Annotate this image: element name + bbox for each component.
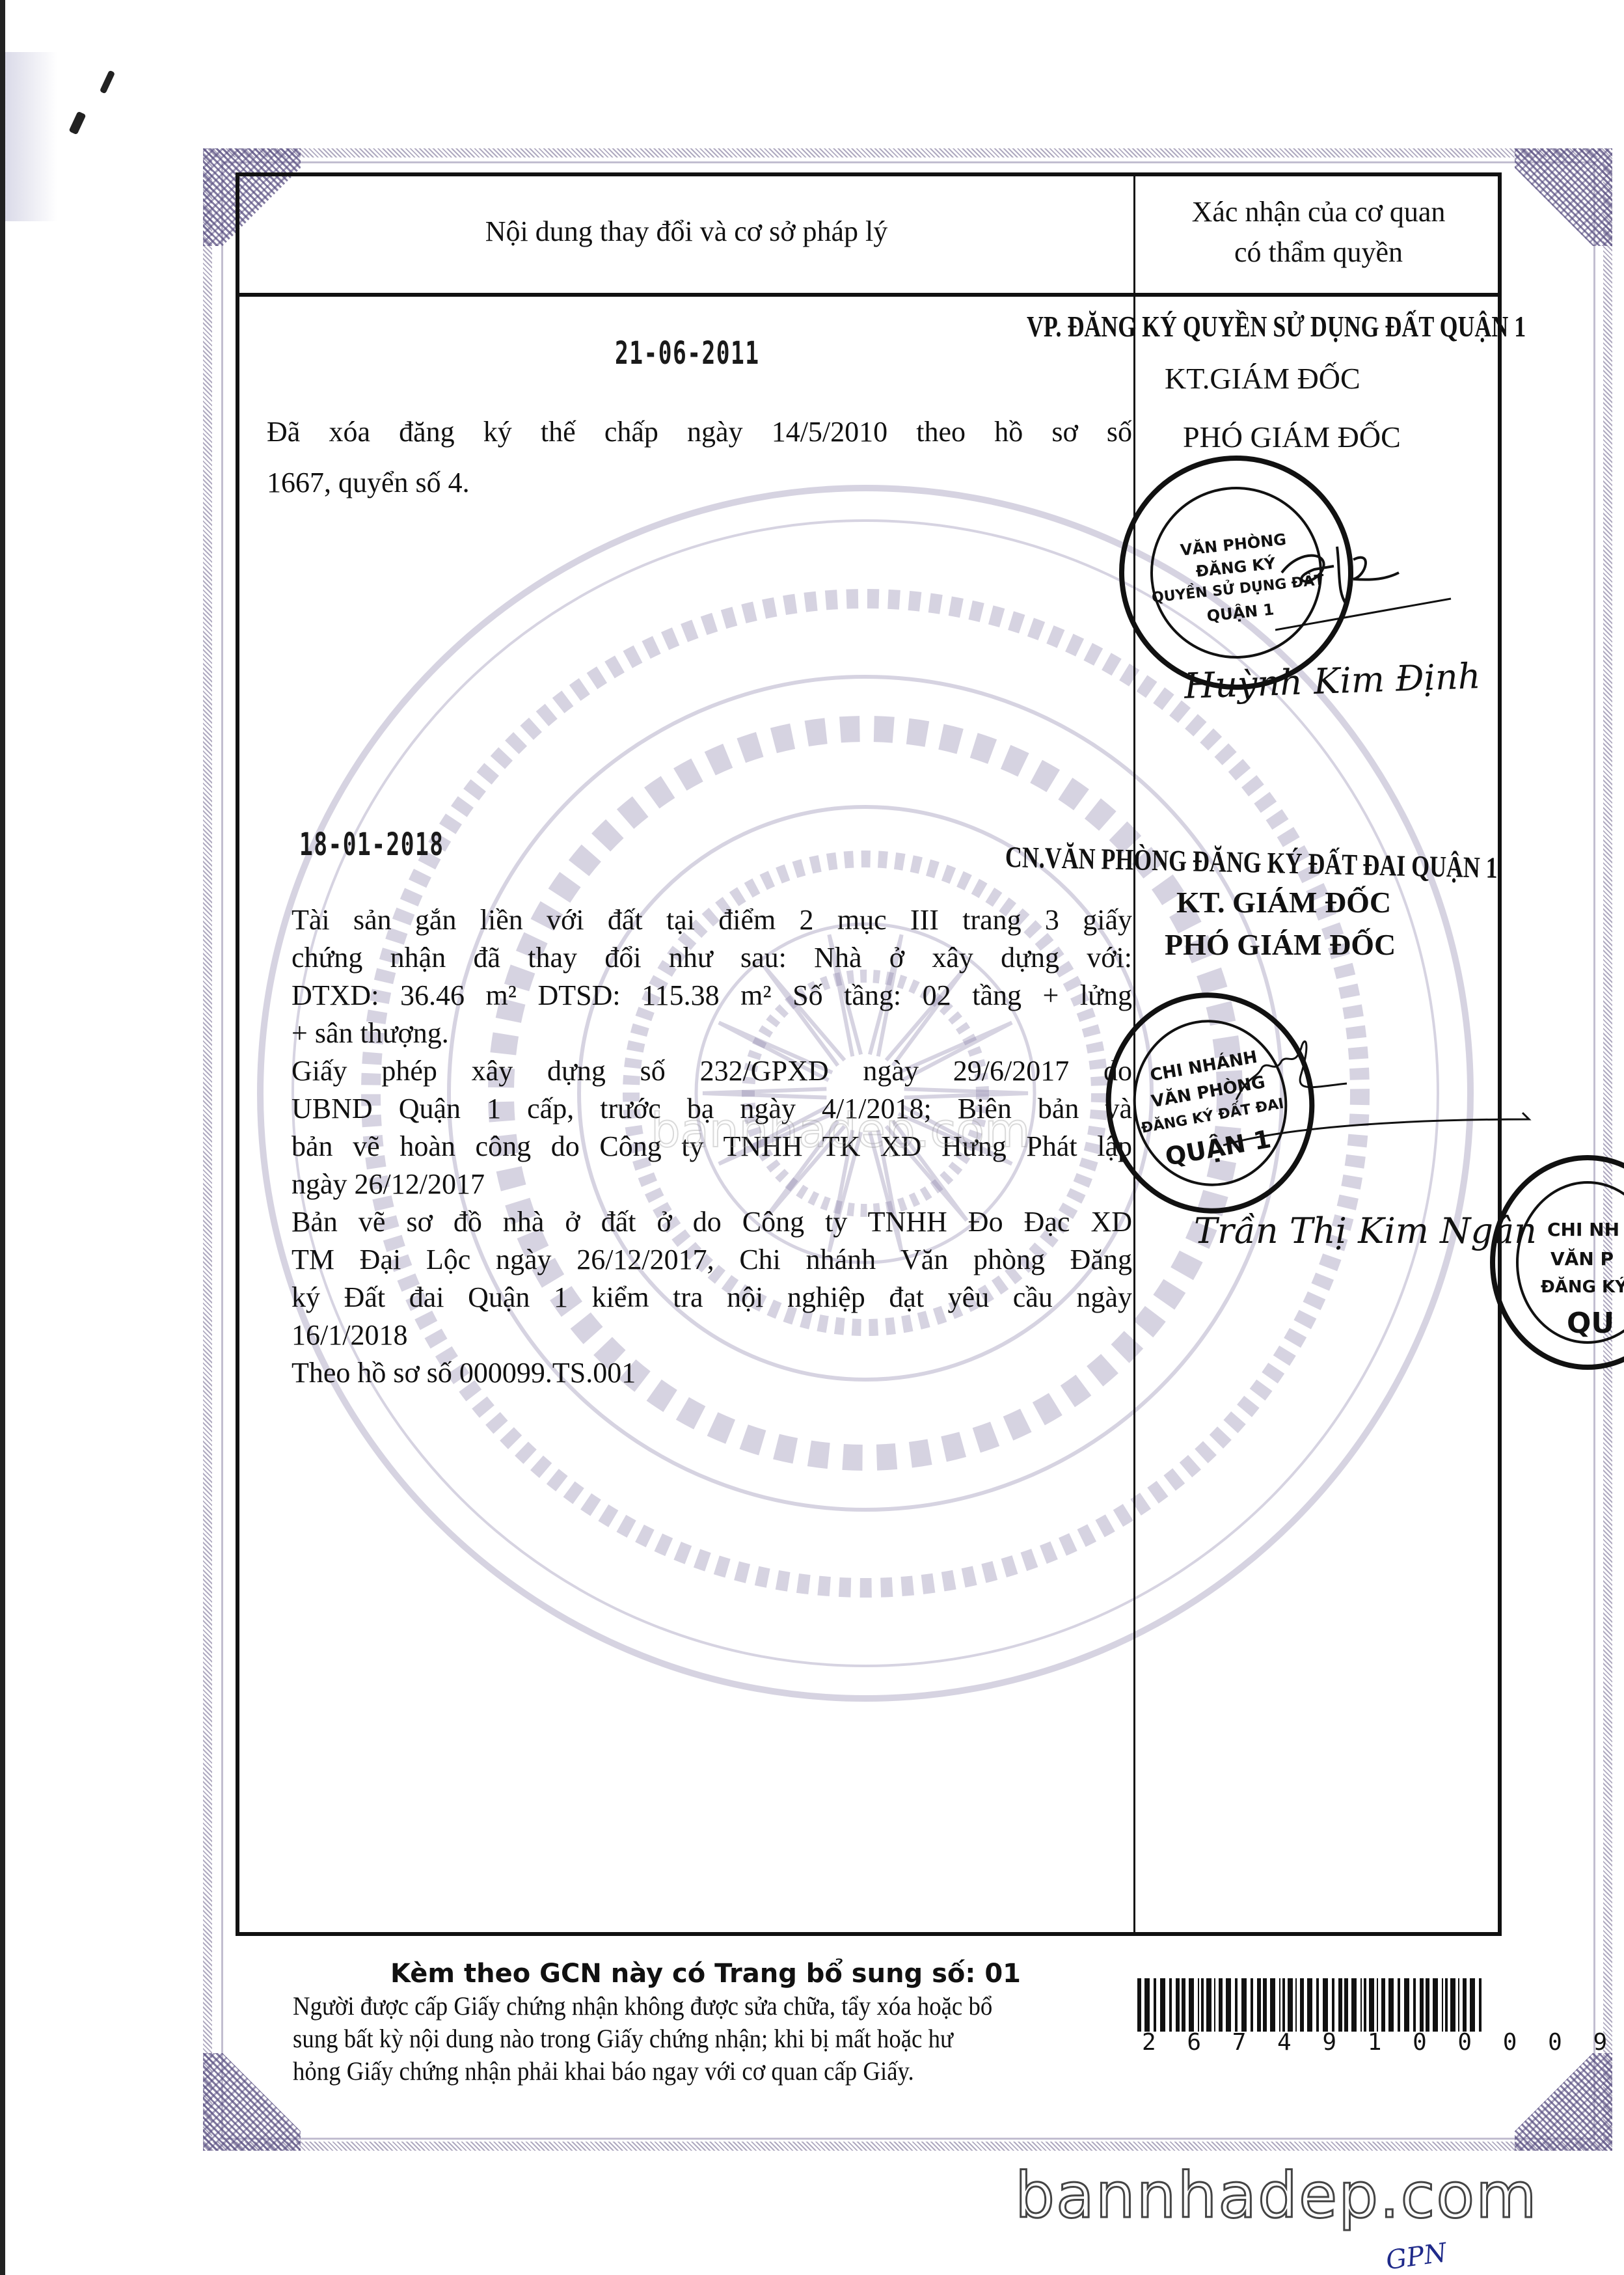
header-authority-line: Xác nhận của cơ quan (1135, 192, 1502, 232)
content-line: 1667, quyển số 4. (267, 464, 1132, 502)
header-changes-column: Nội dung thay đổi và cơ sở pháp lý (239, 211, 1133, 252)
background-watermark: bannhadep.com (651, 1103, 1030, 1158)
scan-mark (100, 70, 115, 94)
authority-title: KT.GIÁM ĐỐC (1165, 361, 1360, 396)
seal-text: CHI NH (1547, 1219, 1624, 1240)
content-line: 16/1/2018 (291, 1316, 1132, 1354)
entry-date-stamp: 18-01-2018 (299, 826, 444, 863)
scan-shadow (5, 52, 57, 221)
seal-text: ĐĂNG KÝ (1541, 1277, 1624, 1297)
signer-name: Trần Thị Kim Ngân (1194, 1210, 1537, 1251)
authority-office: VP. ĐĂNG KÝ QUYỀN SỬ DỤNG ĐẤT QUẬN 1 (1027, 309, 1526, 344)
site-watermark: bannhadep.com (1015, 2159, 1538, 2232)
authority-title: KT. GIÁM ĐỐC (1176, 885, 1391, 920)
content-line: chứng nhận đã thay đổi như sau: Nhà ở xâ… (291, 939, 1132, 977)
certificate-notice: Người được cấp Giấy chứng nhận không đượ… (293, 1990, 1035, 2088)
seal-text: VĂN P (1550, 1248, 1624, 1270)
content-line: TM Đại Lộc ngày 26/12/2017, Chi nhánh Vă… (291, 1241, 1132, 1279)
content-line: Đã xóa đăng ký thế chấp ngày 14/5/2010 t… (267, 413, 1132, 451)
signature-icon (1223, 1022, 1562, 1152)
content-line: Theo hồ sơ số 000099.TS.001 (291, 1354, 1132, 1392)
content-line: Tài sản gắn liền với đất tại điểm 2 mục … (291, 901, 1132, 939)
handwritten-note: GPN (1384, 2238, 1448, 2275)
notice-line: Người được cấp Giấy chứng nhận không đượ… (293, 1990, 1035, 2023)
authority-subtitle: PHÓ GIÁM ĐỐC (1183, 420, 1401, 454)
scan-mark (68, 111, 86, 135)
content-line: + sân thượng. (291, 1015, 1132, 1052)
barcode-icon (1137, 1978, 1482, 2032)
seal-text: QU (1567, 1307, 1624, 1340)
content-line: Giấy phép xây dựng số 232/GPXD ngày 29/6… (291, 1052, 1132, 1090)
notice-line: hỏng Giấy chứng nhận phải khai báo ngay … (293, 2055, 1035, 2088)
content-line: DTXD: 36.46 m² DTSD: 115.38 m² Số tầng: … (291, 977, 1132, 1015)
supplement-note: Kèm theo GCN này có Trang bổ sung số: 01 (390, 1959, 1021, 1989)
content-line: Bản vẽ sơ đồ nhà ở đất ở do Công ty TNHH… (291, 1203, 1132, 1241)
header-divider (236, 293, 1502, 297)
notice-line: sung bất kỳ nội dung nào trong Giấy chứn… (293, 2023, 1035, 2055)
entry-date-stamp: 21-06-2011 (615, 335, 759, 372)
header-authority-line: có thẩm quyền (1135, 232, 1502, 273)
entry-content: Đã xóa đăng ký thế chấp ngày 14/5/2010 t… (267, 413, 1132, 502)
barcode-number: 2 6 7 4 9 1 0 0 0 0 9 9 (1142, 2029, 1487, 2056)
content-line: ký Đất đai Quận 1 kiểm tra nội nghiệp đạ… (291, 1279, 1132, 1316)
header-authority-column: Xác nhận của cơ quan có thẩm quyền (1135, 192, 1502, 273)
authority-subtitle: PHÓ GIÁM ĐỐC (1165, 927, 1396, 962)
content-line: ngày 26/12/2017 (291, 1165, 1132, 1203)
scan-edge (0, 0, 5, 2275)
signature-icon (1275, 534, 1457, 631)
